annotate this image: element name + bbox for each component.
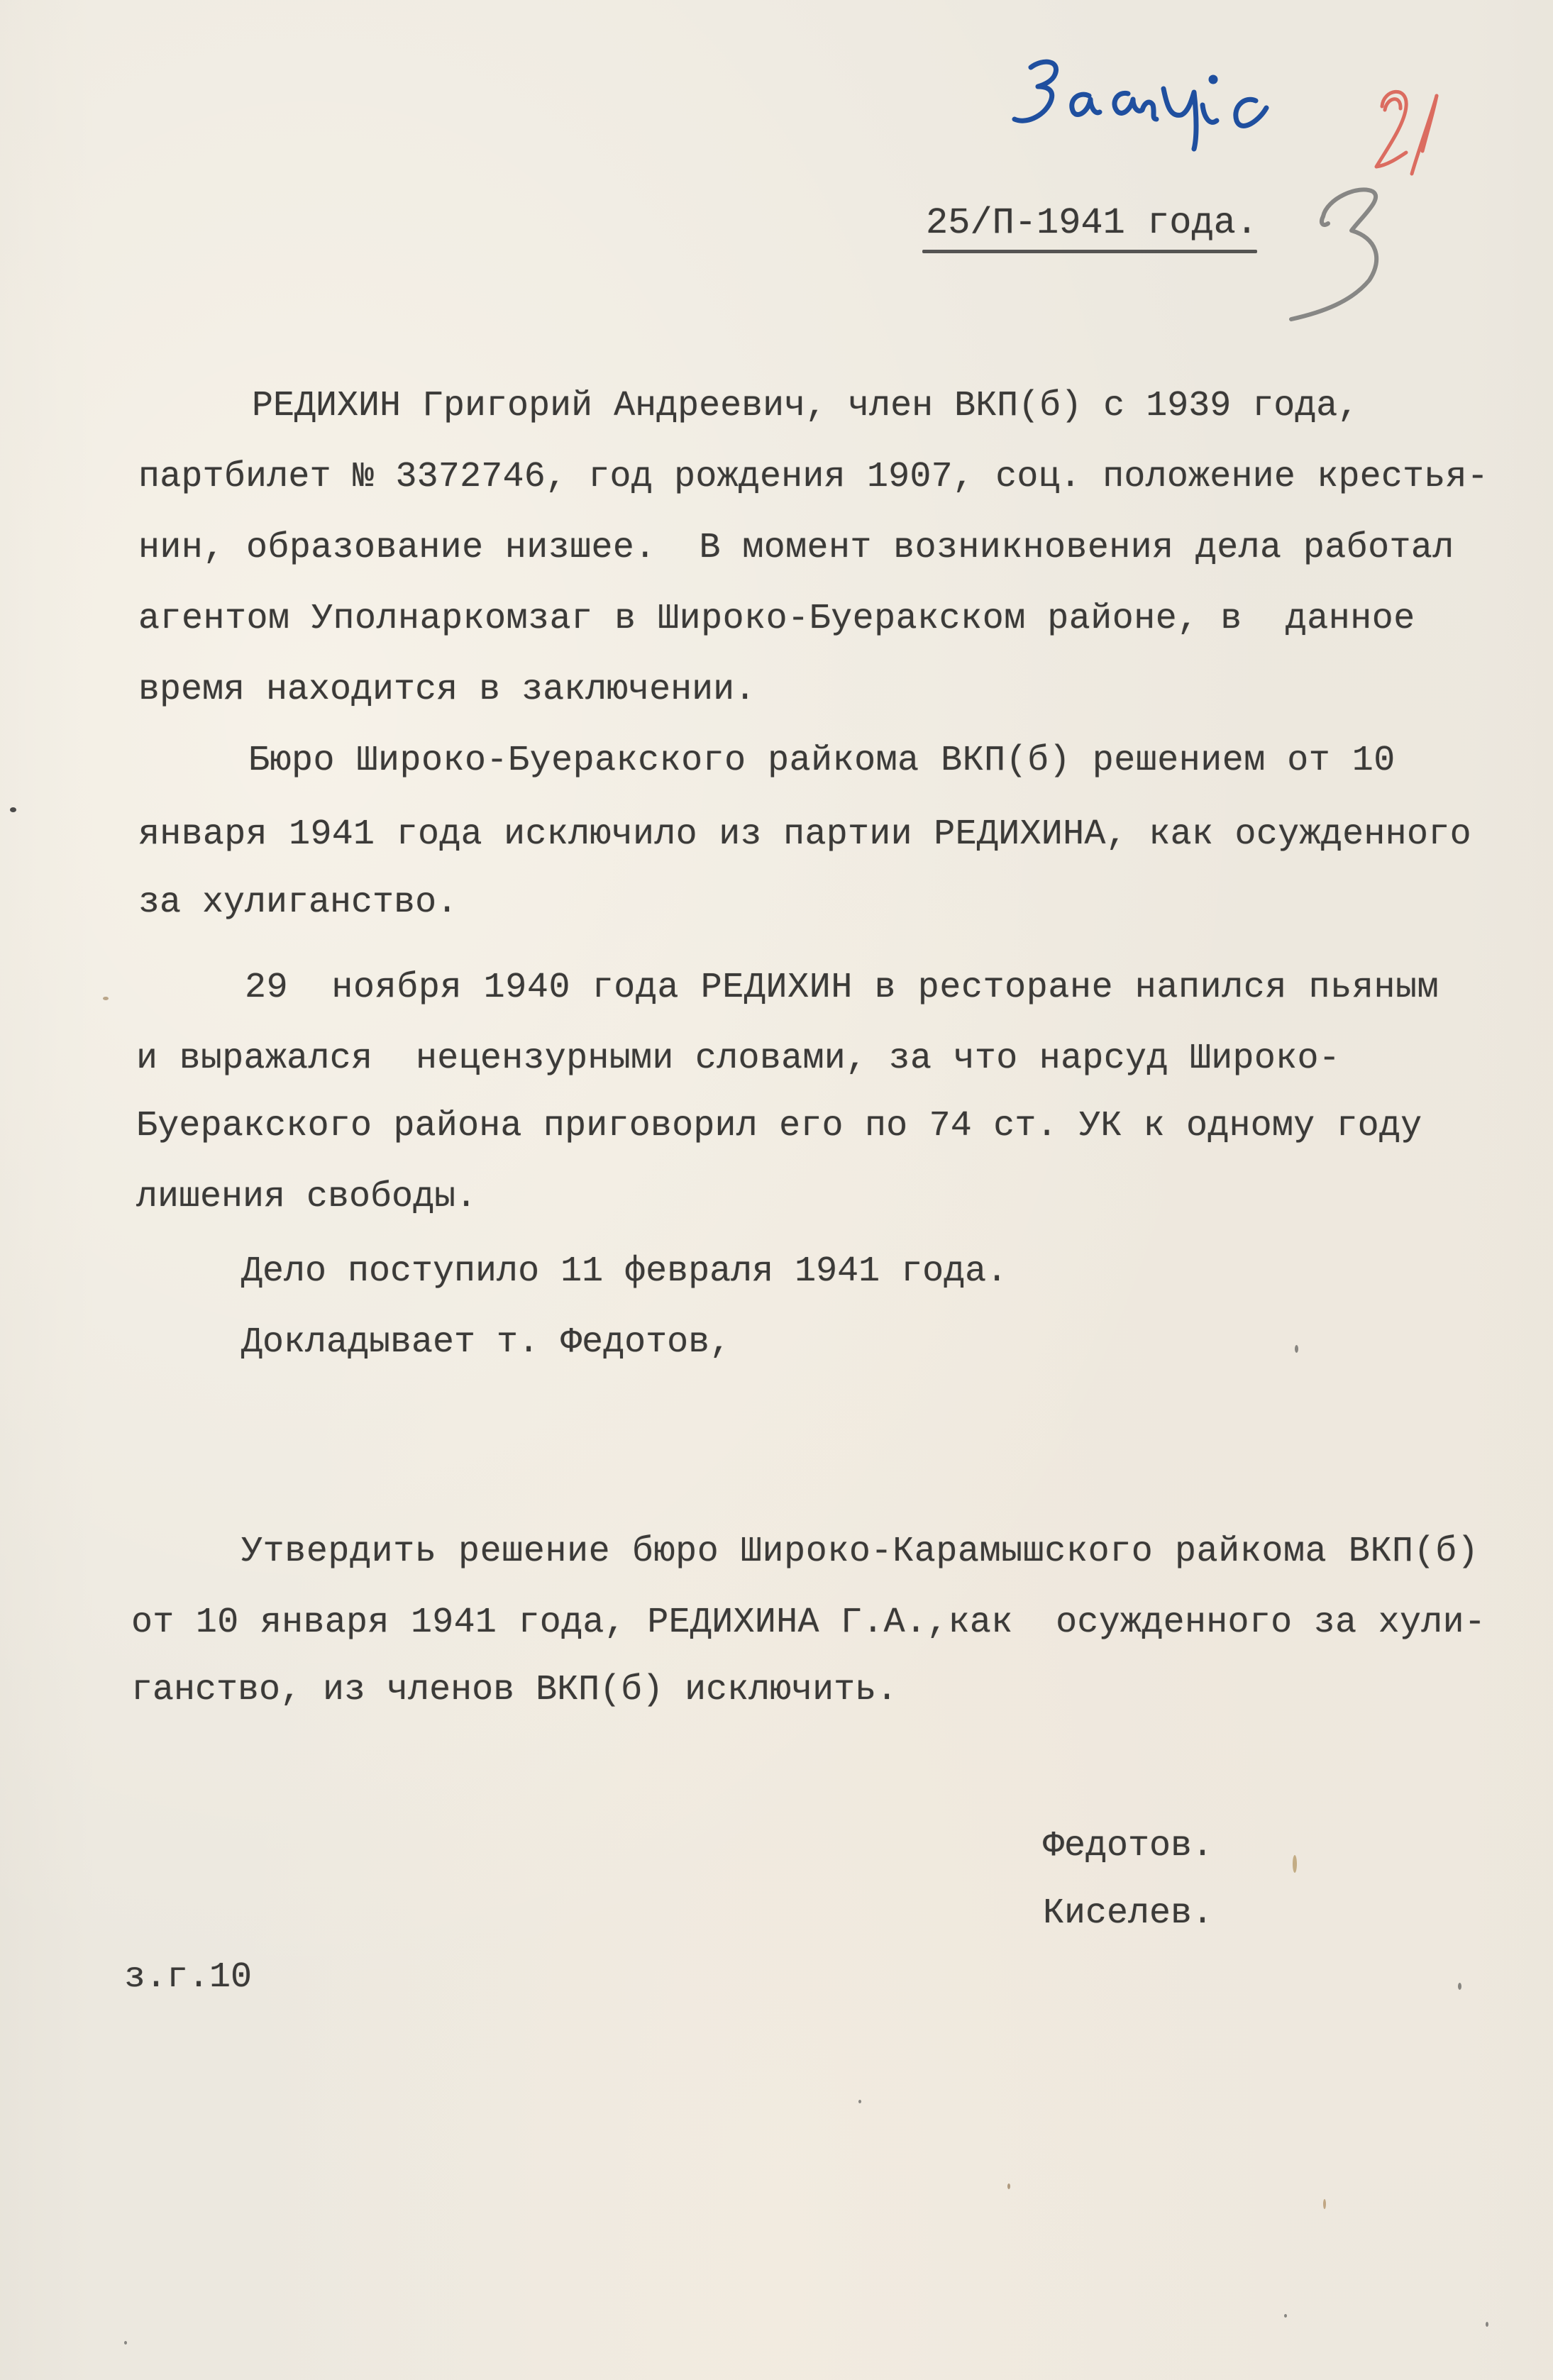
text-line: Утвердить решение бюро Широко-Карамышско… [241, 1534, 1479, 1570]
pencil-mark-3 [1284, 181, 1426, 323]
paper-speck [103, 997, 109, 1000]
text-line: партбилет № 3372746, год рождения 1907, … [138, 460, 1488, 495]
text-line: Бюро Широко-Буеракского райкома ВКП(б) р… [248, 743, 1396, 779]
paper-speck [124, 2341, 127, 2345]
handwritten-note-zaochno [1011, 50, 1281, 177]
reporter-line: Докладывает т. Федотов, [241, 1325, 731, 1361]
signature-fedotov: Федотов. [1043, 1829, 1213, 1864]
text-line: время находится в заключении. [138, 673, 756, 708]
text-line: лишения свободы. [136, 1180, 477, 1215]
paper-speck [1486, 2322, 1488, 2327]
text-line: нин, образование низшее. В момент возник… [138, 531, 1454, 566]
text-line: за хулиганство. [138, 885, 458, 921]
text-line: агентом Уполнаркомзаг в Широко-Буеракско… [138, 602, 1415, 637]
text-line: РЕДИХИН Григорий Андреевич, член ВКП(б) … [252, 389, 1359, 424]
case-received-line: Дело поступило 11 февраля 1941 года. [241, 1254, 1007, 1290]
text-line: от 10 января 1941 года, РЕДИХИНА Г.А.,ка… [131, 1605, 1486, 1641]
paper-speck [1323, 2199, 1326, 2209]
paper-speck [1293, 1855, 1297, 1873]
paper-speck [10, 807, 16, 812]
paper-speck [1458, 1983, 1461, 1990]
date-underline [922, 250, 1257, 253]
text-line: января 1941 года исключило из партии РЕД… [138, 817, 1471, 853]
folio-number-red [1369, 82, 1458, 188]
paper-speck [1284, 2314, 1287, 2318]
text-line: 29 ноября 1940 года РЕДИХИН в ресторане … [245, 970, 1439, 1006]
document-date: 25/П-1941 года. [926, 206, 1258, 241]
text-line: Буеракского района приговорил его по 74 … [136, 1109, 1422, 1144]
signature-kiselev: Киселев. [1043, 1896, 1213, 1932]
paper-speck [858, 2100, 861, 2103]
text-line: и выражался нецензурными словами, за что… [136, 1041, 1340, 1077]
paper-speck [1007, 2183, 1010, 2189]
typist-code: з.г.10 [124, 1960, 252, 1996]
archival-document-page: 25/П-1941 года. РЕДИХИН Григорий Андреев… [0, 0, 1553, 2380]
paper-speck [1295, 1345, 1298, 1353]
text-line: ганство, из членов ВКП(б) исключить. [131, 1673, 897, 1708]
